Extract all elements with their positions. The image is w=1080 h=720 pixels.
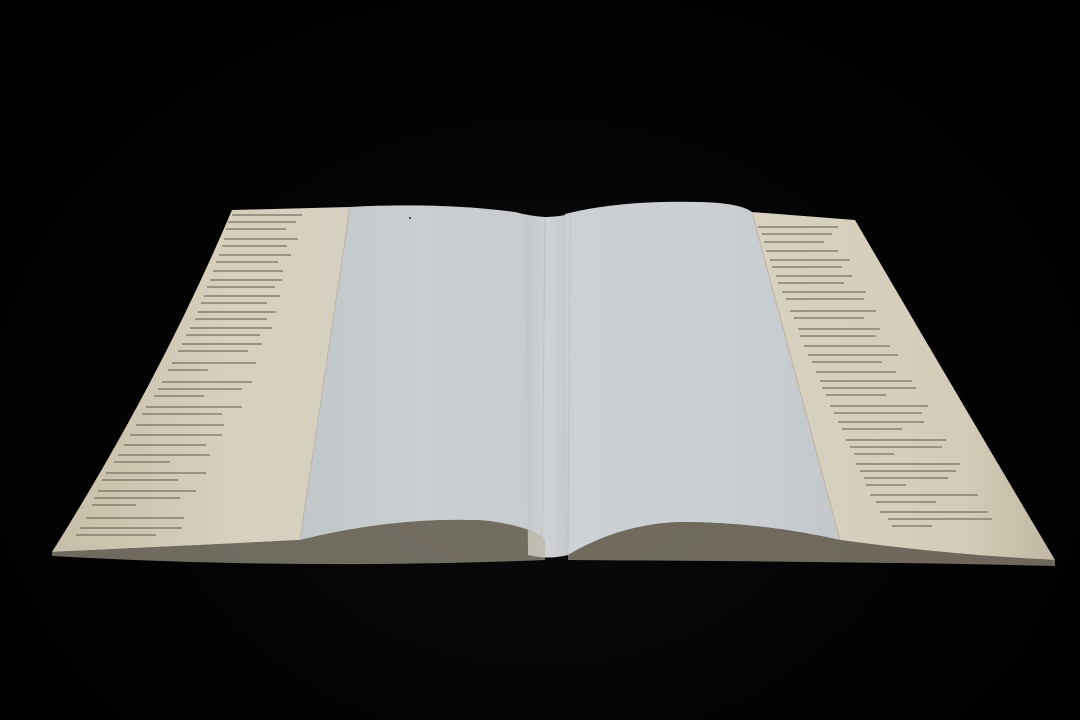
speck [409,217,411,219]
dust-jacket [0,0,1080,720]
